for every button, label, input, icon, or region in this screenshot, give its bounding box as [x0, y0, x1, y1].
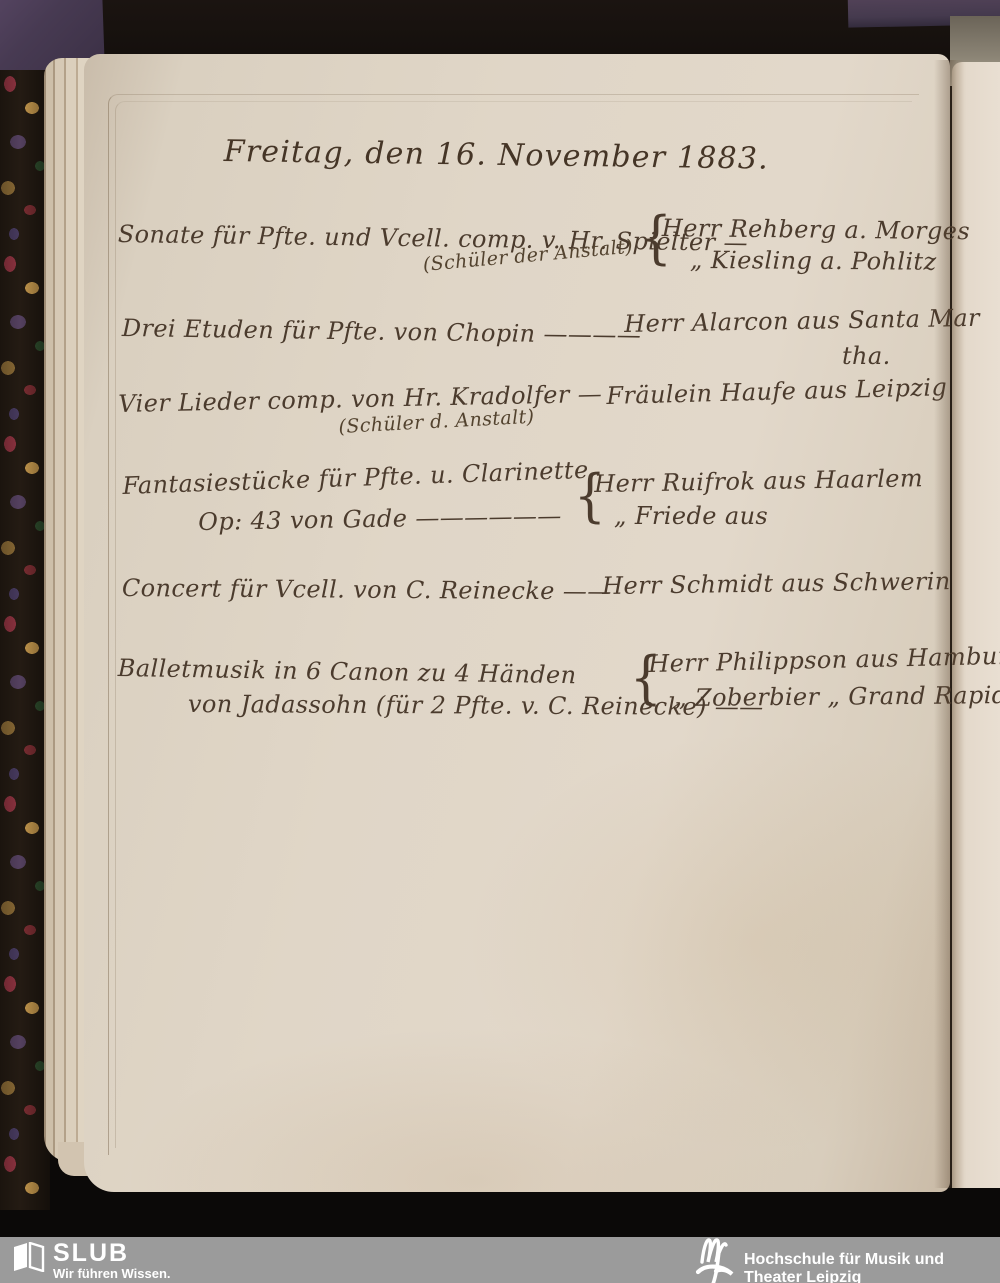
performer-line: Herr Ruifrok aus Haarlem	[594, 464, 923, 498]
work-title-line: Drei Etuden für Pfte. von Chopin ————	[122, 314, 642, 349]
footer-branding-bar: SLUB Wir führen Wissen. Hochschule für M…	[0, 1237, 1000, 1283]
book-scan: Freitag, den 16. November 1883. Sonate f…	[0, 0, 1000, 1283]
date-heading: Freitag, den 16. November 1883.	[224, 134, 770, 177]
performer-line: tha.	[842, 342, 891, 370]
performer-line: Herr Rehberg a. Morges	[662, 214, 970, 245]
hmt-leipzig-name: Hochschule für Musik und Theater Leipzig	[744, 1251, 1000, 1283]
slub-book-icon	[12, 1242, 46, 1272]
work-title-line: Balletmusik in 6 Canon zu 4 Händen	[118, 654, 577, 689]
hmt-leipzig-logo-icon	[692, 1232, 740, 1283]
manuscript-page: Freitag, den 16. November 1883. Sonate f…	[84, 54, 950, 1192]
slub-tagline: Wir führen Wissen.	[53, 1266, 171, 1281]
gutter-fold-shadow	[934, 60, 964, 1188]
work-title-line: Fantasiestücke für Pfte. u. Clarinette	[122, 456, 589, 500]
marbled-cover-shadow	[0, 70, 50, 1210]
performer-line: Fräulein Haufe aus Leipzig	[606, 373, 948, 410]
work-title-line: Concert für Vcell. von C. Reinecke ——	[122, 574, 612, 605]
performer-line: Herr Schmidt aus Schwerin	[602, 567, 951, 600]
performer-line: „ Friede aus	[614, 502, 768, 530]
work-subtitle-line: Op: 43 von Gade ——————	[198, 502, 562, 536]
slub-logo-text: SLUB	[53, 1239, 129, 1268]
performer-line: Herr Alarcon aus Santa Mar	[624, 304, 980, 338]
performer-line: „ Kiesling a. Pohlitz	[690, 246, 937, 276]
